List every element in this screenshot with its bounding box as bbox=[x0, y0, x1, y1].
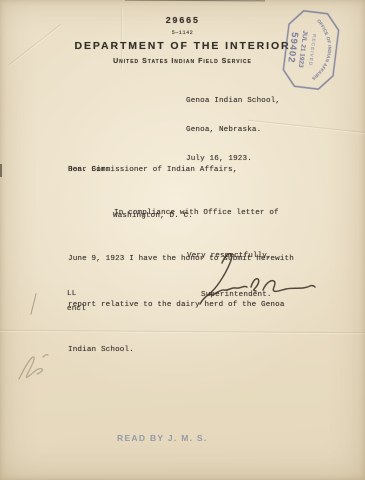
scan-edge-artifact-top bbox=[125, 0, 265, 1]
enclosure-note: encl bbox=[67, 302, 86, 317]
pencil-stroke bbox=[19, 355, 48, 379]
body-line-1: In compliance with Office letter of bbox=[68, 206, 303, 221]
signature-title: Superintendent. bbox=[201, 288, 272, 303]
scan-edge-artifact-left bbox=[0, 164, 2, 177]
body-line-4: Indian School. bbox=[68, 343, 303, 358]
crease-mark-near-encl bbox=[30, 293, 36, 315]
scanned-letter: 29665 5—1142 DEPARTMENT OF THE INTERIOR … bbox=[0, 0, 365, 480]
stamp-received-label: RECEIVED bbox=[307, 34, 317, 67]
dateline-school: Genoa Indian School, bbox=[186, 97, 280, 107]
typist-initials: LL bbox=[67, 287, 76, 302]
read-by-stamp: READ BY J. M. S. bbox=[117, 431, 208, 446]
received-stamp: OFFICE OF INDIAN AFFAIRS RECEIVED JUL 21… bbox=[279, 7, 342, 93]
pencil-scribble bbox=[13, 347, 57, 389]
